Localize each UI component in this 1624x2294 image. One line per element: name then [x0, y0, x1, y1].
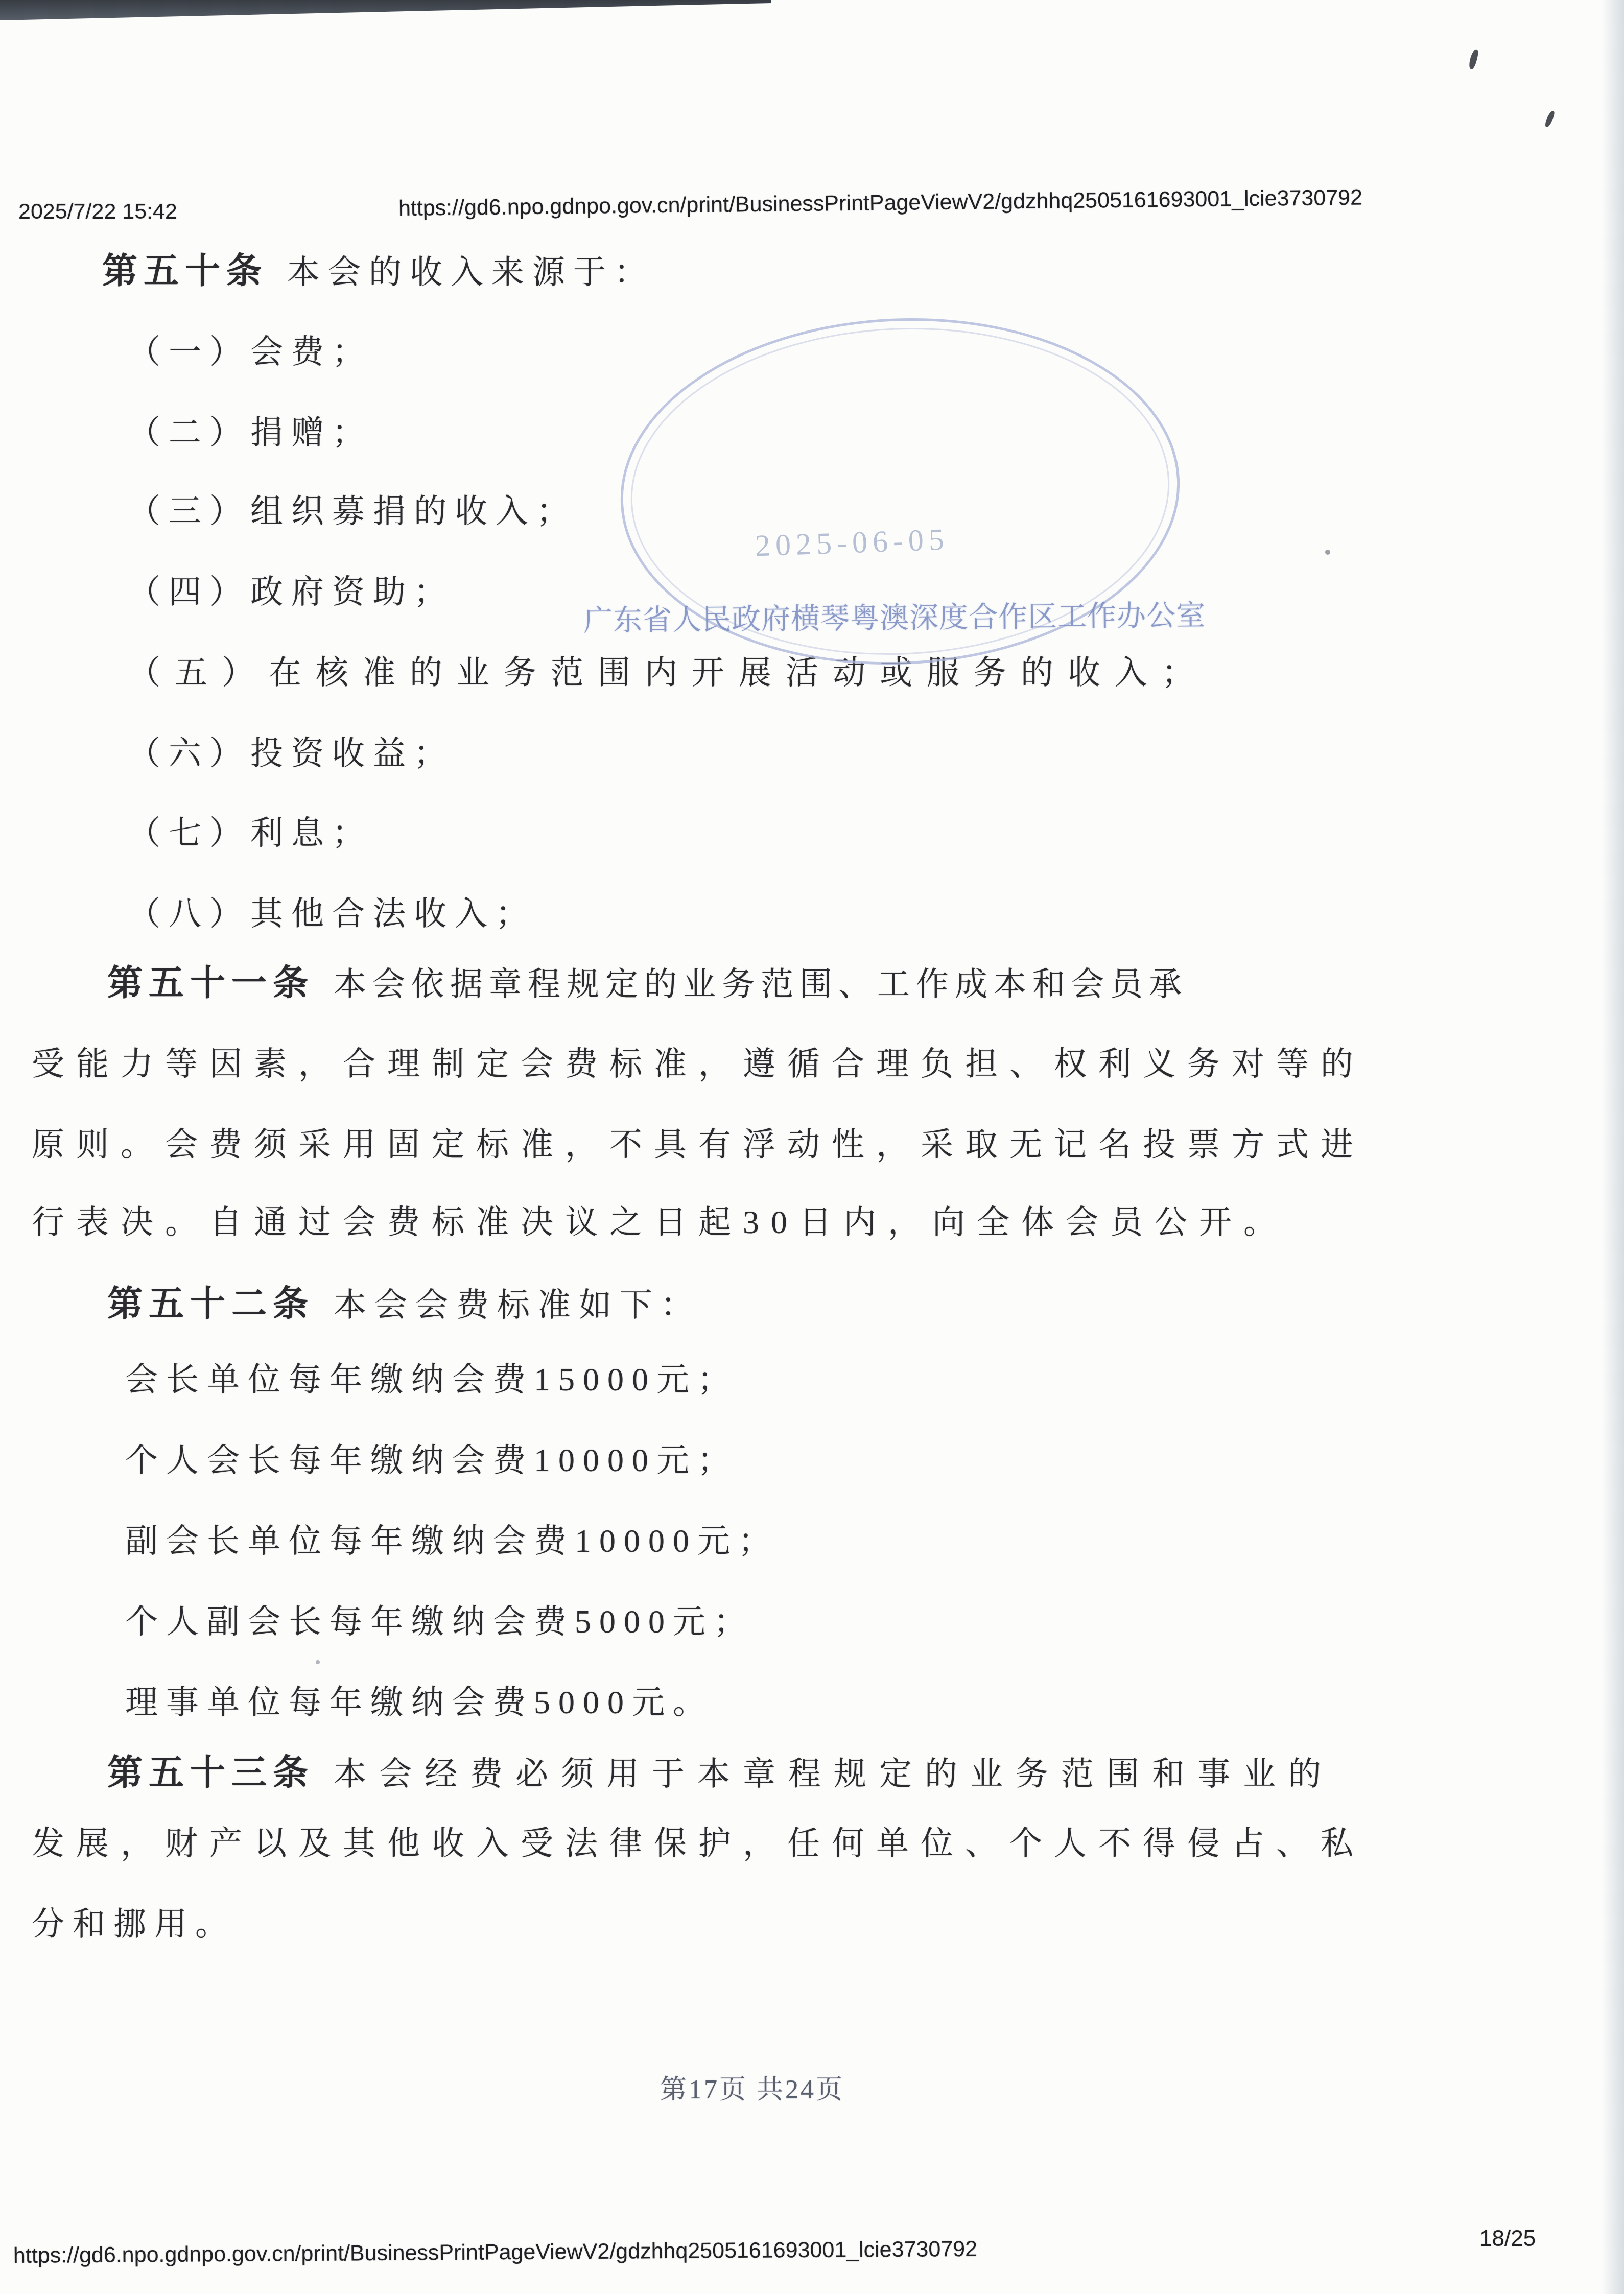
scan-speck	[1468, 49, 1479, 70]
scanned-document-page: 2025/7/22 15:42 https://gd6.npo.gdnpo.go…	[0, 0, 1624, 2294]
article-53-text-1: 本会经费必须用于本章程规定的业务范围和事业的	[334, 1756, 1334, 1792]
fee-item-1: 会长单位每年缴纳会费15000元；	[125, 1359, 738, 1401]
article-51-number: 第五十一条	[107, 964, 314, 1003]
article-53-line-3: 分和挪用。	[32, 1903, 236, 1945]
sheet-counter: 18/25	[1479, 2226, 1536, 2252]
article-50-lead: 本会的收入来源于：	[287, 254, 655, 290]
print-timestamp: 2025/7/22 15:42	[18, 199, 177, 224]
article-50-number: 第五十条	[102, 252, 268, 291]
print-source-url-header: https://gd6.npo.gdnpo.gov.cn/print/Busin…	[398, 185, 1363, 221]
article-53-line-2: 发展，财产以及其他收入受法律保护，任何单位、个人不得侵占、私	[32, 1823, 1365, 1864]
stamp-organization: 广东省人民政府横琴粤澳深度合作区工作办公室	[583, 592, 1206, 640]
stamp-date: 2025-06-05	[755, 522, 950, 563]
scan-speck	[1325, 550, 1330, 555]
article-50-title-line: 第五十条本会的收入来源于：	[102, 250, 655, 293]
fee-item-4: 个人副会长每年缴纳会费5000元；	[125, 1601, 755, 1643]
article-53-line-1: 第五十三条本会经费必须用于本章程规定的业务范围和事业的	[107, 1752, 1334, 1795]
scan-speck	[1544, 110, 1556, 128]
income-item-2: （二）捐赠；	[128, 412, 373, 454]
fee-item-2: 个人会长每年缴纳会费10000元；	[125, 1439, 738, 1481]
article-51-text-1: 本会依据章程规定的业务范围、工作成本和会员承	[334, 966, 1188, 1002]
fee-item-5: 理事单位每年缴纳会费5000元。	[125, 1682, 714, 1723]
scan-top-edge-artifact	[0, 0, 771, 21]
fee-item-3: 副会长单位每年缴纳会费10000元；	[125, 1520, 779, 1562]
income-item-4: （四）政府资助；	[128, 571, 455, 613]
article-52-number: 第五十二条	[107, 1285, 314, 1323]
article-53-number: 第五十三条	[107, 1754, 314, 1792]
article-52-lead: 本会会费标准如下：	[334, 1287, 701, 1323]
page-number-indicator: 第17页 共24页	[660, 2068, 844, 2106]
article-51-line-1: 第五十一条本会依据章程规定的业务范围、工作成本和会员承	[107, 962, 1188, 1005]
article-51-line-2: 受能力等因素，合理制定会费标准，遵循合理负担、权利义务对等的	[32, 1043, 1365, 1085]
income-item-7: （七）利息；	[128, 812, 373, 854]
article-52-title-line: 第五十二条本会会费标准如下：	[107, 1283, 701, 1326]
print-source-url-footer: https://gd6.npo.gdnpo.gov.cn/print/Busin…	[13, 2237, 977, 2268]
income-item-6: （六）投资收益；	[128, 732, 455, 774]
scan-right-edge-shade	[1602, 0, 1624, 2294]
income-item-1: （一）会费；	[128, 331, 373, 373]
article-51-line-3: 原则。会费须采用固定标准，不具有浮动性，采取无记名投票方式进	[32, 1124, 1365, 1166]
income-item-3: （三）组织募捐的收入；	[128, 490, 577, 532]
article-51-line-4: 行表决。自通过会费标准决议之日起30日内，向全体会员公开。	[32, 1201, 1288, 1243]
income-item-8: （八）其他合法收入；	[128, 893, 536, 935]
scan-speck	[316, 1660, 320, 1664]
